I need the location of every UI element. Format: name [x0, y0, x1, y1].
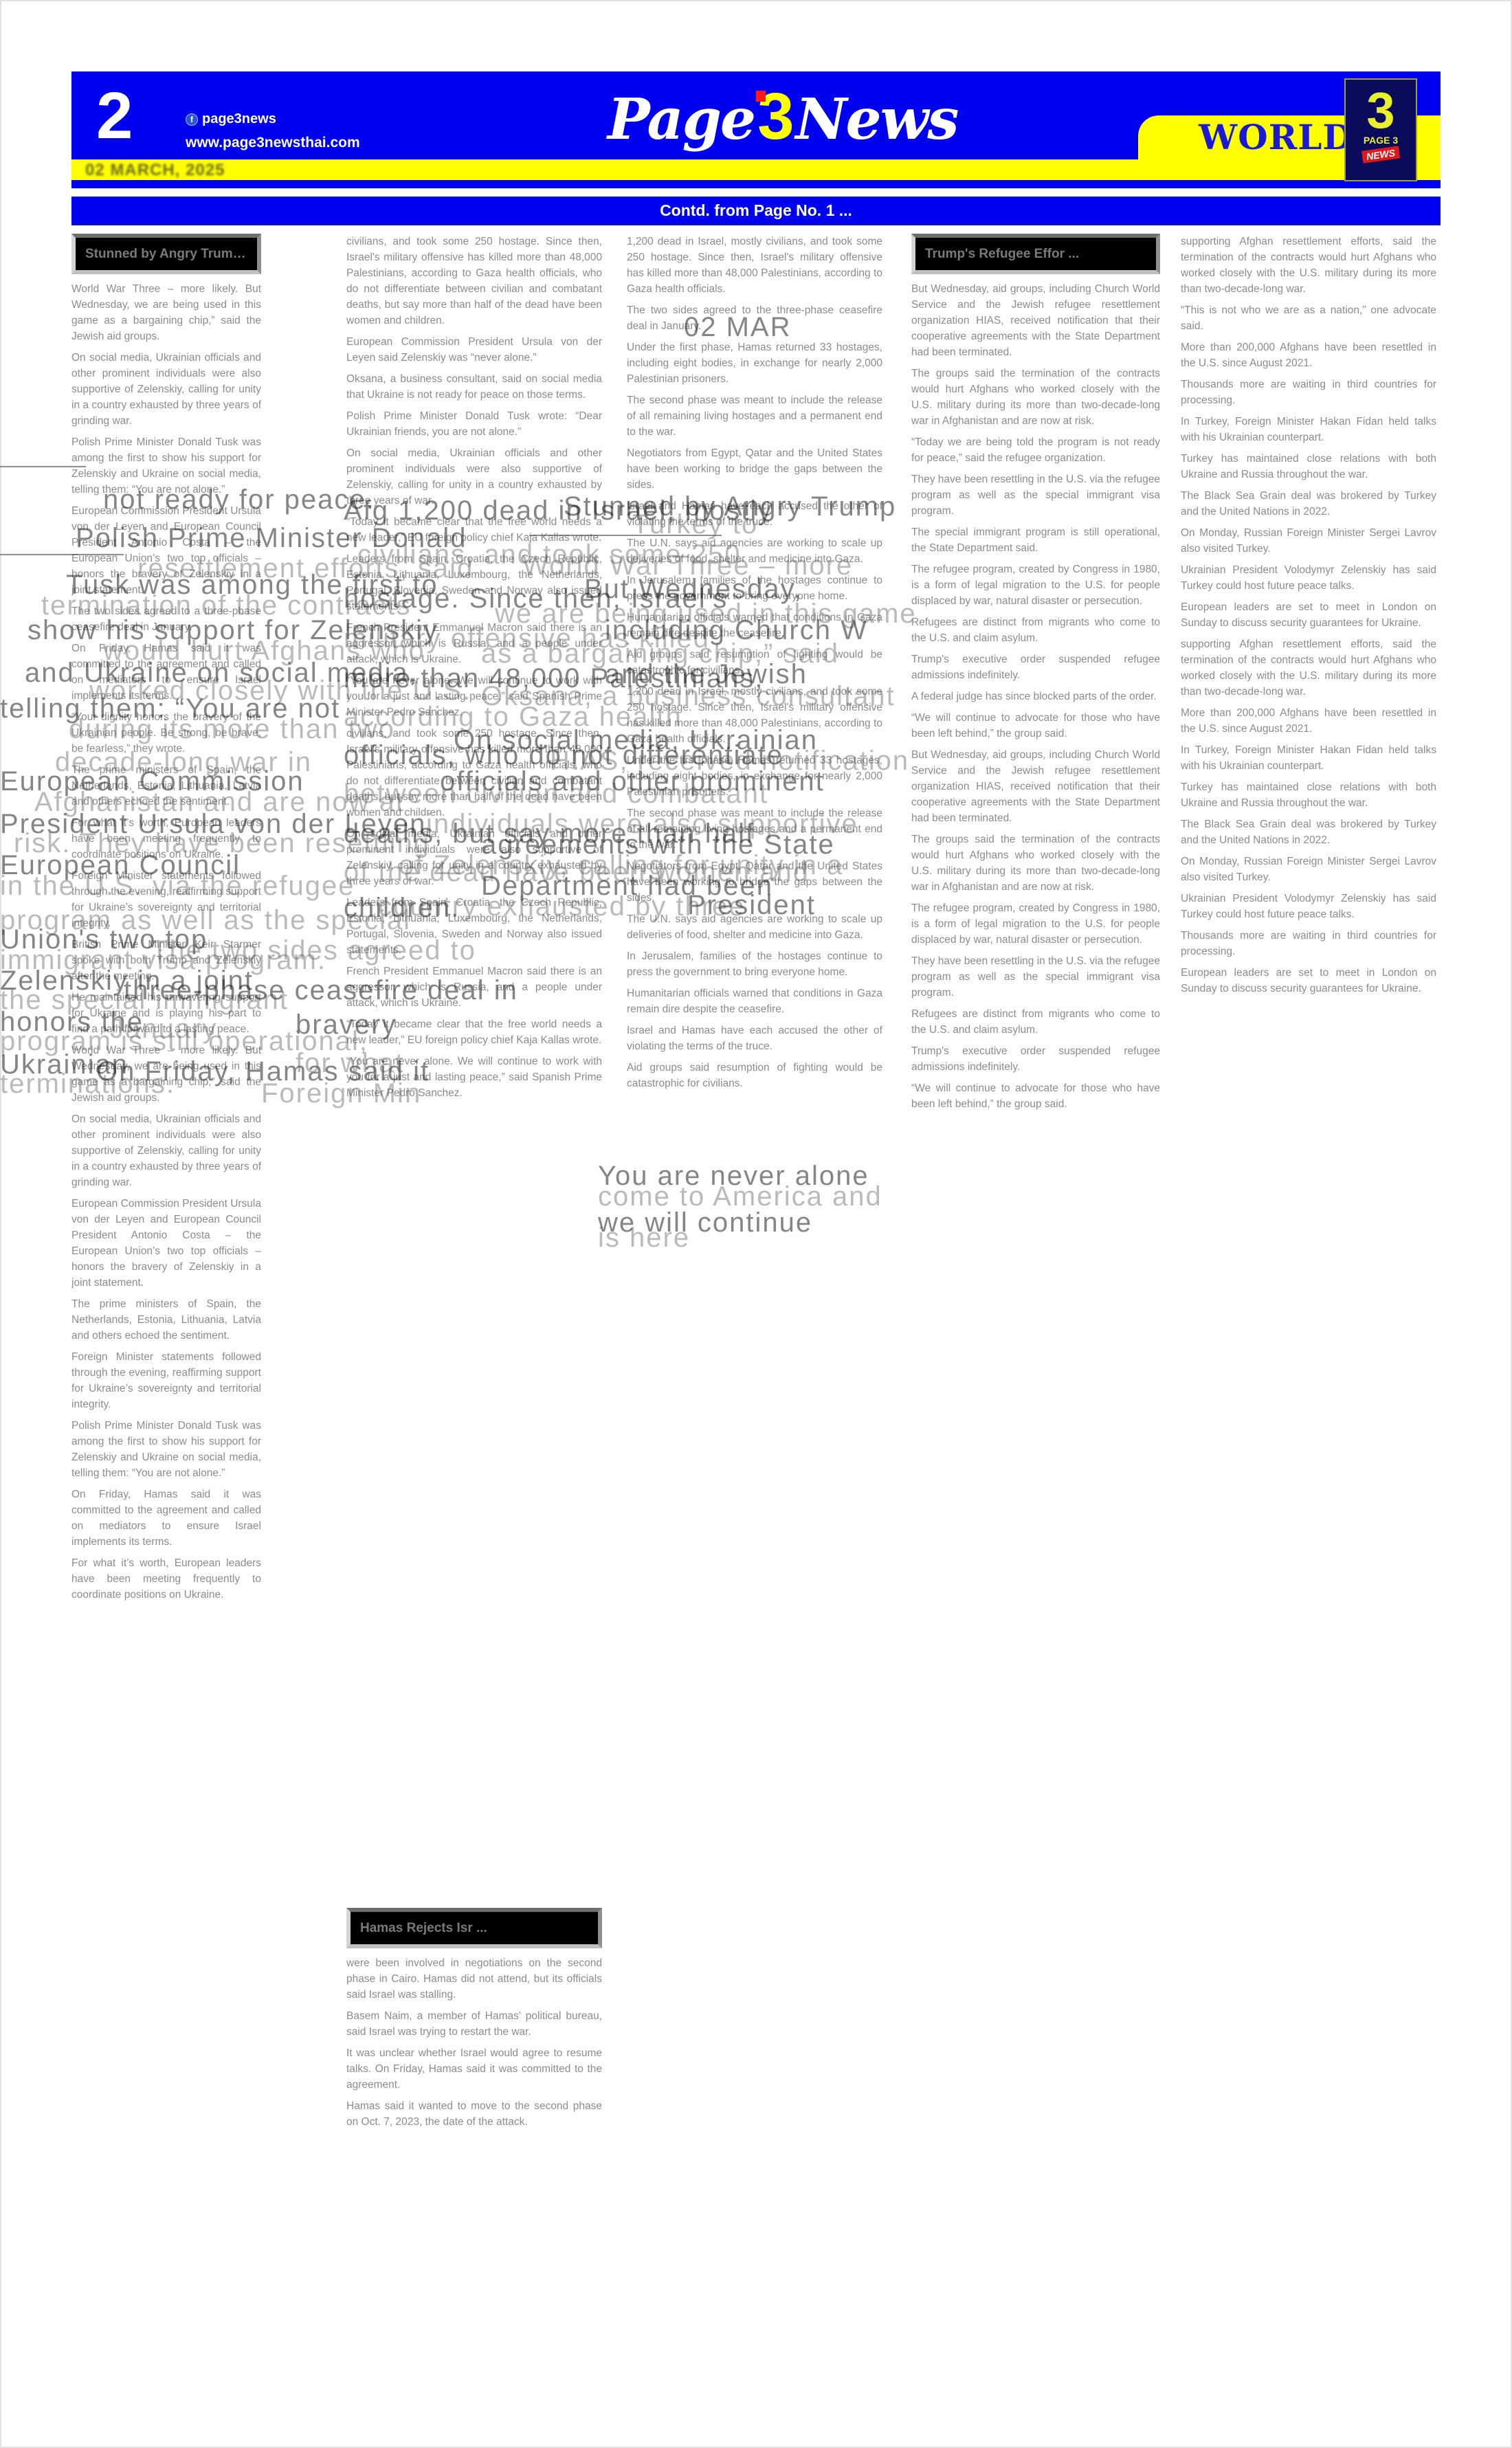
paragraph: The groups said the termination of the c… [911, 366, 1160, 429]
page-number: 2 [96, 78, 133, 154]
paragraph: They have been resettling in the U.S. vi… [911, 953, 1160, 1001]
paragraph: supporting Afghan resettlement efforts, … [1181, 636, 1436, 700]
paragraph: The prime ministers of Spain, the Nether… [71, 762, 261, 810]
paragraph: European leaders are set to meet in Lond… [1181, 965, 1436, 997]
overlay-rule [0, 554, 124, 555]
paragraph: World War Three – more likely. But Wedne… [71, 1043, 261, 1106]
paragraph: Under the first phase, Hamas returned 33… [627, 340, 882, 387]
paragraph: Aid groups said resumption of fighting w… [627, 1060, 882, 1091]
paragraph: The groups said the termination of the c… [911, 832, 1160, 895]
paragraph: In Turkey, Foreign Minister Hakan Fidan … [1181, 414, 1436, 445]
facebook-handle: page3news [202, 111, 276, 126]
paragraph: In Turkey, Foreign Minister Hakan Fidan … [1181, 742, 1436, 774]
paragraph: Polish Prime Minister Donald Tusk was am… [71, 434, 261, 498]
logo-numeral: 3 [755, 80, 795, 153]
paragraph: French President Emmanuel Macron said th… [346, 620, 602, 667]
paragraph: But Wednesday, aid groups, including Chu… [911, 281, 1160, 360]
paragraph: In Jerusalem, families of the hostages c… [627, 948, 882, 980]
issue-date: 02 MARCH, 2025 [85, 161, 225, 180]
paragraph: “You are never alone. We will continue t… [346, 673, 602, 720]
section-label: WORLD [1199, 117, 1353, 157]
paragraph: “We will continue to advocate for those … [911, 710, 1160, 742]
article-body: supporting Afghan resettlement efforts, … [1181, 234, 1436, 997]
paragraph: On social media, Ukrainian officials and… [346, 826, 602, 889]
paragraph: It was unclear whether Israel would agre… [346, 2045, 602, 2093]
continued-banner: Contd. from Page No. 1 ... [71, 197, 1441, 225]
badge-line2: NEWS [1361, 146, 1400, 163]
article-body: 1,200 dead in Israel, mostly civilians, … [627, 234, 882, 1091]
paragraph: civilians, and took some 250 hostage. Si… [346, 234, 602, 329]
paragraph: British Prime Minister Keir Starmer spok… [71, 937, 261, 984]
paragraph: 1,200 dead in Israel, mostly civilians, … [627, 234, 882, 297]
paragraph: European Commission President Ursula von… [346, 334, 602, 366]
badge-line1: PAGE 3 [1346, 135, 1416, 146]
paragraph: Israel and Hamas have each accused the o… [627, 1023, 882, 1054]
paragraph: Negotiators from Egypt, Qatar and the Un… [627, 445, 882, 493]
paragraph: The two sides agreed to a three-phase ce… [71, 603, 261, 635]
paragraph: “Today it became clear that the free wor… [346, 514, 602, 546]
paragraph: Hamas said it wanted to move to the seco… [346, 2098, 602, 2130]
newspaper-logo: Page3News [608, 82, 957, 154]
paragraph: European Commission President Ursula von… [71, 1196, 261, 1291]
article-headline[interactable]: Hamas Rejects Isr ... [346, 1908, 602, 1948]
logo-suffix: News [796, 87, 958, 153]
article-headline[interactable]: Trump's Refugee Effor ... [911, 234, 1160, 274]
paragraph: The special immigrant program is still o… [911, 524, 1160, 556]
paragraph: supporting Afghan resettlement efforts, … [1181, 234, 1436, 297]
paragraph: On social media, Ukrainian officials and… [71, 350, 261, 429]
paragraph: were been involved in negotiations on th… [346, 1955, 602, 2003]
paragraph: “Your dignity honors the bravery of the … [71, 709, 261, 757]
paragraph: “Today it became clear that the free wor… [346, 1016, 602, 1048]
paragraph: Trump's executive order suspended refuge… [911, 1043, 1160, 1075]
paragraph: On social media, Ukrainian officials and… [346, 445, 602, 509]
paragraph: The U.N. says aid agencies are working t… [627, 535, 882, 567]
article-body: But Wednesday, aid groups, including Chu… [911, 281, 1160, 1112]
paragraph: Israel and Hamas have each accused the o… [627, 498, 882, 530]
article-headline[interactable]: Stunned by Angry Trump ... [71, 234, 261, 274]
paragraph: On Monday, Russian Foreign Minister Serg… [1181, 525, 1436, 557]
article-body: World War Three – more likely. But Wedne… [71, 281, 261, 1603]
paragraph: The two sides agreed to the three-phase … [627, 302, 882, 334]
paragraph: Foreign Minister statements followed thr… [71, 868, 261, 931]
paragraph: Ukrainian President Volodymyr Zelenskiy … [1181, 891, 1436, 922]
paragraph: In Jerusalem, families of the hostages c… [627, 572, 882, 604]
facebook-icon: f [186, 113, 198, 126]
paragraph: “You are never alone. We will continue t… [346, 1054, 602, 1101]
paragraph: The refugee program, created by Congress… [911, 561, 1160, 609]
article-column-1: Stunned by Angry Trump ... World War Thr… [71, 234, 261, 2295]
paragraph: More than 200,000 Afghans have been rese… [1181, 705, 1436, 737]
paragraph: European Commission President Ursula von… [71, 503, 261, 598]
article-body: civilians, and took some 250 hostage. Si… [346, 234, 602, 1883]
paragraph: On Monday, Russian Foreign Minister Serg… [1181, 854, 1436, 885]
paragraph: The prime ministers of Spain, the Nether… [71, 1296, 261, 1344]
paragraph: Foreign Minister statements followed thr… [71, 1349, 261, 1412]
paragraph: The Black Sea Grain deal was brokered by… [1181, 488, 1436, 520]
paragraph: Leaders from Spain, Croatia, the Czech R… [346, 551, 602, 614]
paragraph: But Wednesday, aid groups, including Chu… [911, 747, 1160, 826]
article-column-4: Trump's Refugee Effor ... But Wednesday,… [911, 234, 1160, 2289]
paragraph: Aid groups said resumption of fighting w… [627, 647, 882, 678]
article-column-2: civilians, and took some 250 hostage. Si… [346, 234, 602, 2289]
paragraph: Turkey has maintained close relations wi… [1181, 451, 1436, 482]
paragraph: He maintained his unwavering support for… [71, 990, 261, 1037]
paragraph: Thousands more are waiting in third coun… [1181, 928, 1436, 959]
article-column-5: supporting Afghan resettlement efforts, … [1181, 234, 1436, 2289]
paragraph: Humanitarian officials warned that condi… [627, 986, 882, 1017]
paragraph: The U.N. says aid agencies are working t… [627, 911, 882, 943]
paragraph: Polish Prime Minister Donald Tusk wrote:… [346, 408, 602, 440]
masthead: 2 fpage3news www.page3newsthai.com 02 MA… [71, 71, 1441, 188]
paragraph: Trump's executive order suspended refuge… [911, 652, 1160, 683]
paragraph: French President Emmanuel Macron said th… [346, 964, 602, 1011]
paragraph: Under the first phase, Hamas returned 33… [627, 753, 882, 800]
paragraph: Polish Prime Minister Donald Tusk was am… [71, 1418, 261, 1481]
website-link[interactable]: www.page3newsthai.com [186, 135, 360, 151]
paragraph: Leaders from Spain, Croatia, the Czech R… [346, 895, 602, 958]
paragraph: European leaders are set to meet in Lond… [1181, 599, 1436, 631]
paragraph: The second phase was meant to include th… [627, 805, 882, 853]
article-body: were been involved in negotiations on th… [346, 1955, 602, 2130]
facebook-link[interactable]: fpage3news [186, 111, 276, 127]
paragraph: The Black Sea Grain deal was brokered by… [1181, 816, 1436, 848]
article-column-3: 1,200 dead in Israel, mostly civilians, … [627, 234, 882, 2289]
page3-news-badge-icon: 3 PAGE 3 NEWS [1344, 78, 1417, 181]
paragraph: The refugee program, created by Congress… [911, 900, 1160, 948]
paragraph: Oksana, a business consultant, said on s… [346, 371, 602, 403]
paragraph: “This is not who we are as a nation,” on… [1181, 302, 1436, 334]
paragraph: Refugees are distinct from migrants who … [911, 1006, 1160, 1038]
paragraph: “Today we are being told the program is … [911, 434, 1160, 466]
paragraph: Refugees are distinct from migrants who … [911, 614, 1160, 646]
paragraph: More than 200,000 Afghans have been rese… [1181, 340, 1436, 371]
paragraph: For what it’s worth, European leaders ha… [71, 1555, 261, 1603]
paragraph: Turkey has maintained close relations wi… [1181, 779, 1436, 811]
paragraph: Negotiators from Egypt, Qatar and the Un… [627, 858, 882, 906]
paragraph: On social media, Ukrainian officials and… [71, 1111, 261, 1190]
paragraph: World War Three – more likely. But Wedne… [71, 281, 261, 344]
overlay-rule [0, 466, 86, 467]
paragraph: Thousands more are waiting in third coun… [1181, 377, 1436, 408]
paragraph: Humanitarian officials warned that condi… [627, 610, 882, 641]
badge-numeral: 3 [1346, 87, 1416, 135]
paragraph: Ukrainian President Volodymyr Zelenskiy … [1181, 562, 1436, 594]
paragraph: For what it’s worth, European leaders ha… [71, 815, 261, 863]
paragraph: The second phase was meant to include th… [627, 392, 882, 440]
paragraph: “We will continue to advocate for those … [911, 1080, 1160, 1112]
overlay-rule [529, 535, 722, 536]
paragraph: civilians, and took some 250 hostage. Si… [346, 726, 602, 821]
logo-prefix: Page [608, 87, 755, 153]
paragraph: They have been resettling in the U.S. vi… [911, 471, 1160, 519]
paragraph: On Friday, Hamas said it was committed t… [71, 641, 261, 704]
paragraph: A federal judge has since blocked parts … [911, 689, 1160, 704]
paragraph: 1,200 dead in Israel, mostly civilians, … [627, 684, 882, 747]
paragraph: On Friday, Hamas said it was committed t… [71, 1487, 261, 1550]
paragraph: Basem Naim, a member of Hamas' political… [346, 2008, 602, 2040]
